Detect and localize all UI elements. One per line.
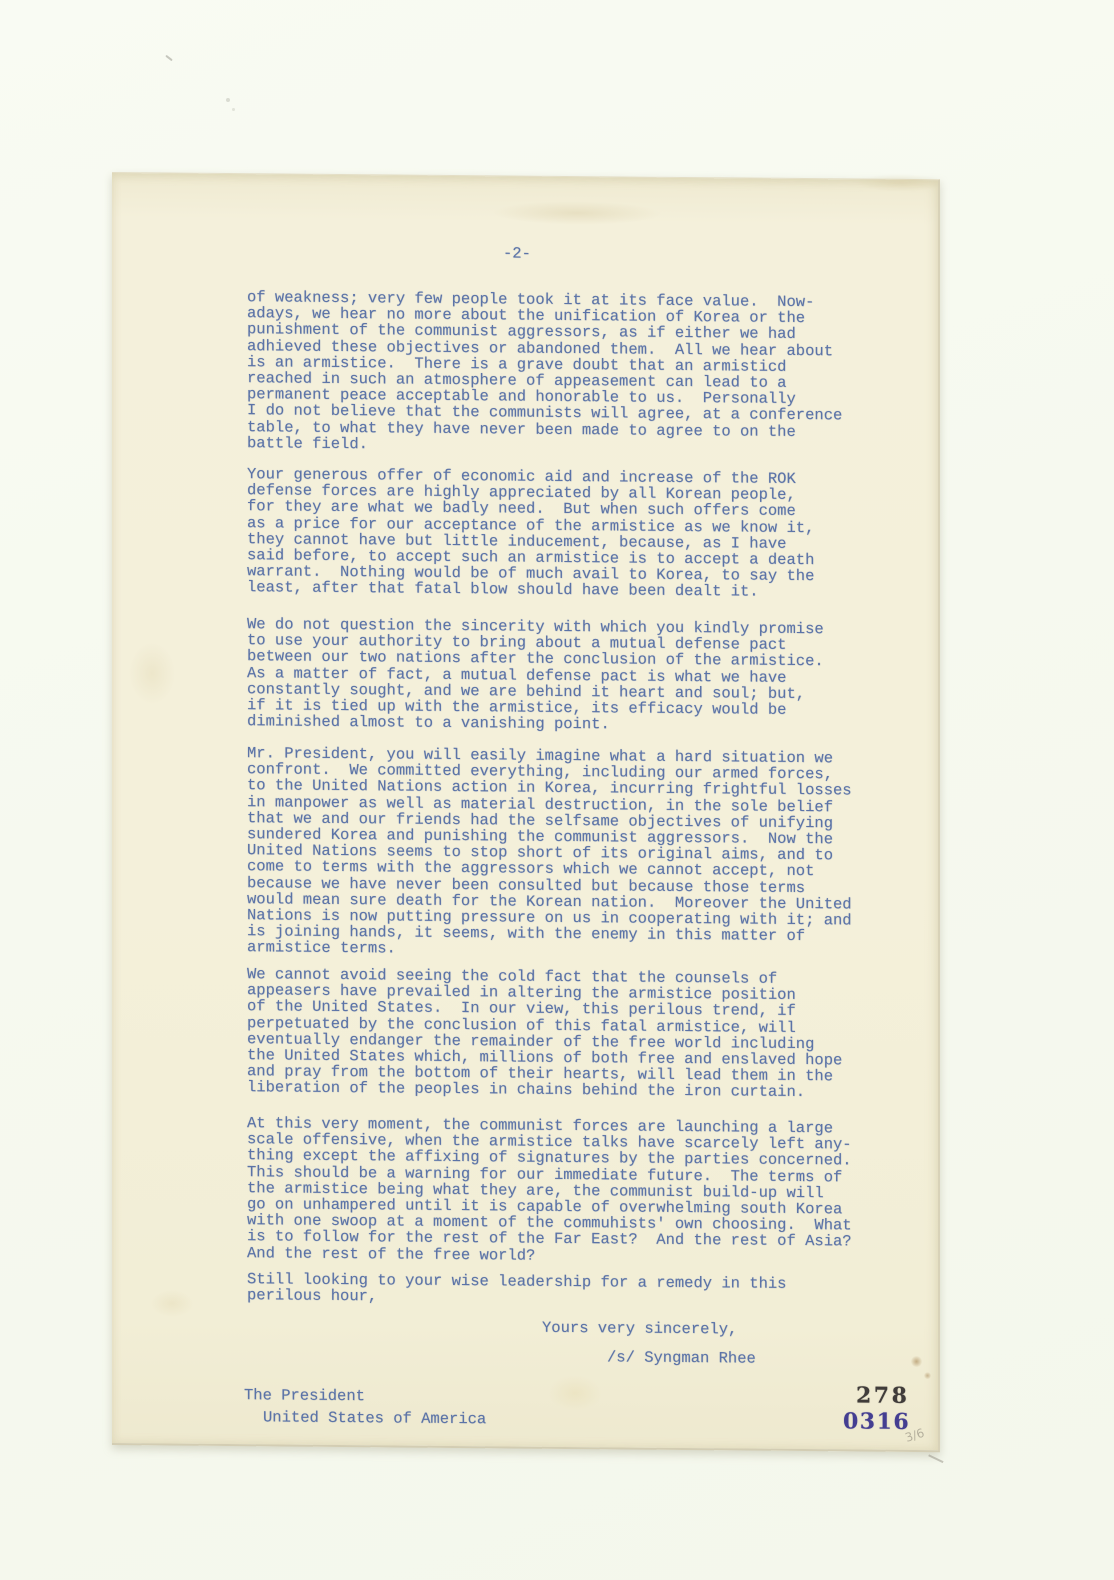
signature-line: /s/ Syngman Rhee <box>607 1349 756 1367</box>
letter-paragraph-4: Mr. President, you will easily imagine w… <box>247 745 852 961</box>
paper-stain <box>924 1372 931 1379</box>
paper-stain <box>548 1375 602 1411</box>
letter-paragraph-3: We do not question the sincerity with wh… <box>247 616 824 734</box>
closing-line: Yours very sincerely, <box>542 1320 737 1338</box>
address-line-2: United States of America <box>263 1409 486 1427</box>
paper-stain <box>492 200 662 225</box>
paper-stain <box>856 173 946 192</box>
paper-stain <box>911 1356 922 1367</box>
paper-stain <box>128 641 176 705</box>
page-number: -2- <box>503 245 531 261</box>
letter-paragraph-5: We cannot avoid seeing the cold fact tha… <box>247 966 842 1101</box>
address-line-1: The President <box>244 1387 365 1404</box>
letter-paragraph-7: Still looking to your wise leadership fo… <box>247 1271 787 1308</box>
letter-paragraph-1: of weakness; very few people took it at … <box>247 289 842 456</box>
scanned-letter-page: { "page": { "kind": "typewritten letter,… <box>0 0 1114 1580</box>
scan-speck <box>226 98 230 102</box>
archive-stamp-blue: 0316 <box>843 1408 910 1435</box>
scan-speck <box>165 55 173 62</box>
pencil-mark <box>928 1445 948 1463</box>
letter-paper: -2- of weakness; very few people took it… <box>112 172 940 1452</box>
archive-stamp-black: 278 <box>856 1382 909 1408</box>
paper-stain <box>150 1289 194 1317</box>
scan-speck <box>232 108 235 111</box>
letter-paragraph-6: At this very moment, the communist force… <box>247 1115 852 1266</box>
letter-paragraph-2: Your generous offer of economic aid and … <box>247 466 814 601</box>
